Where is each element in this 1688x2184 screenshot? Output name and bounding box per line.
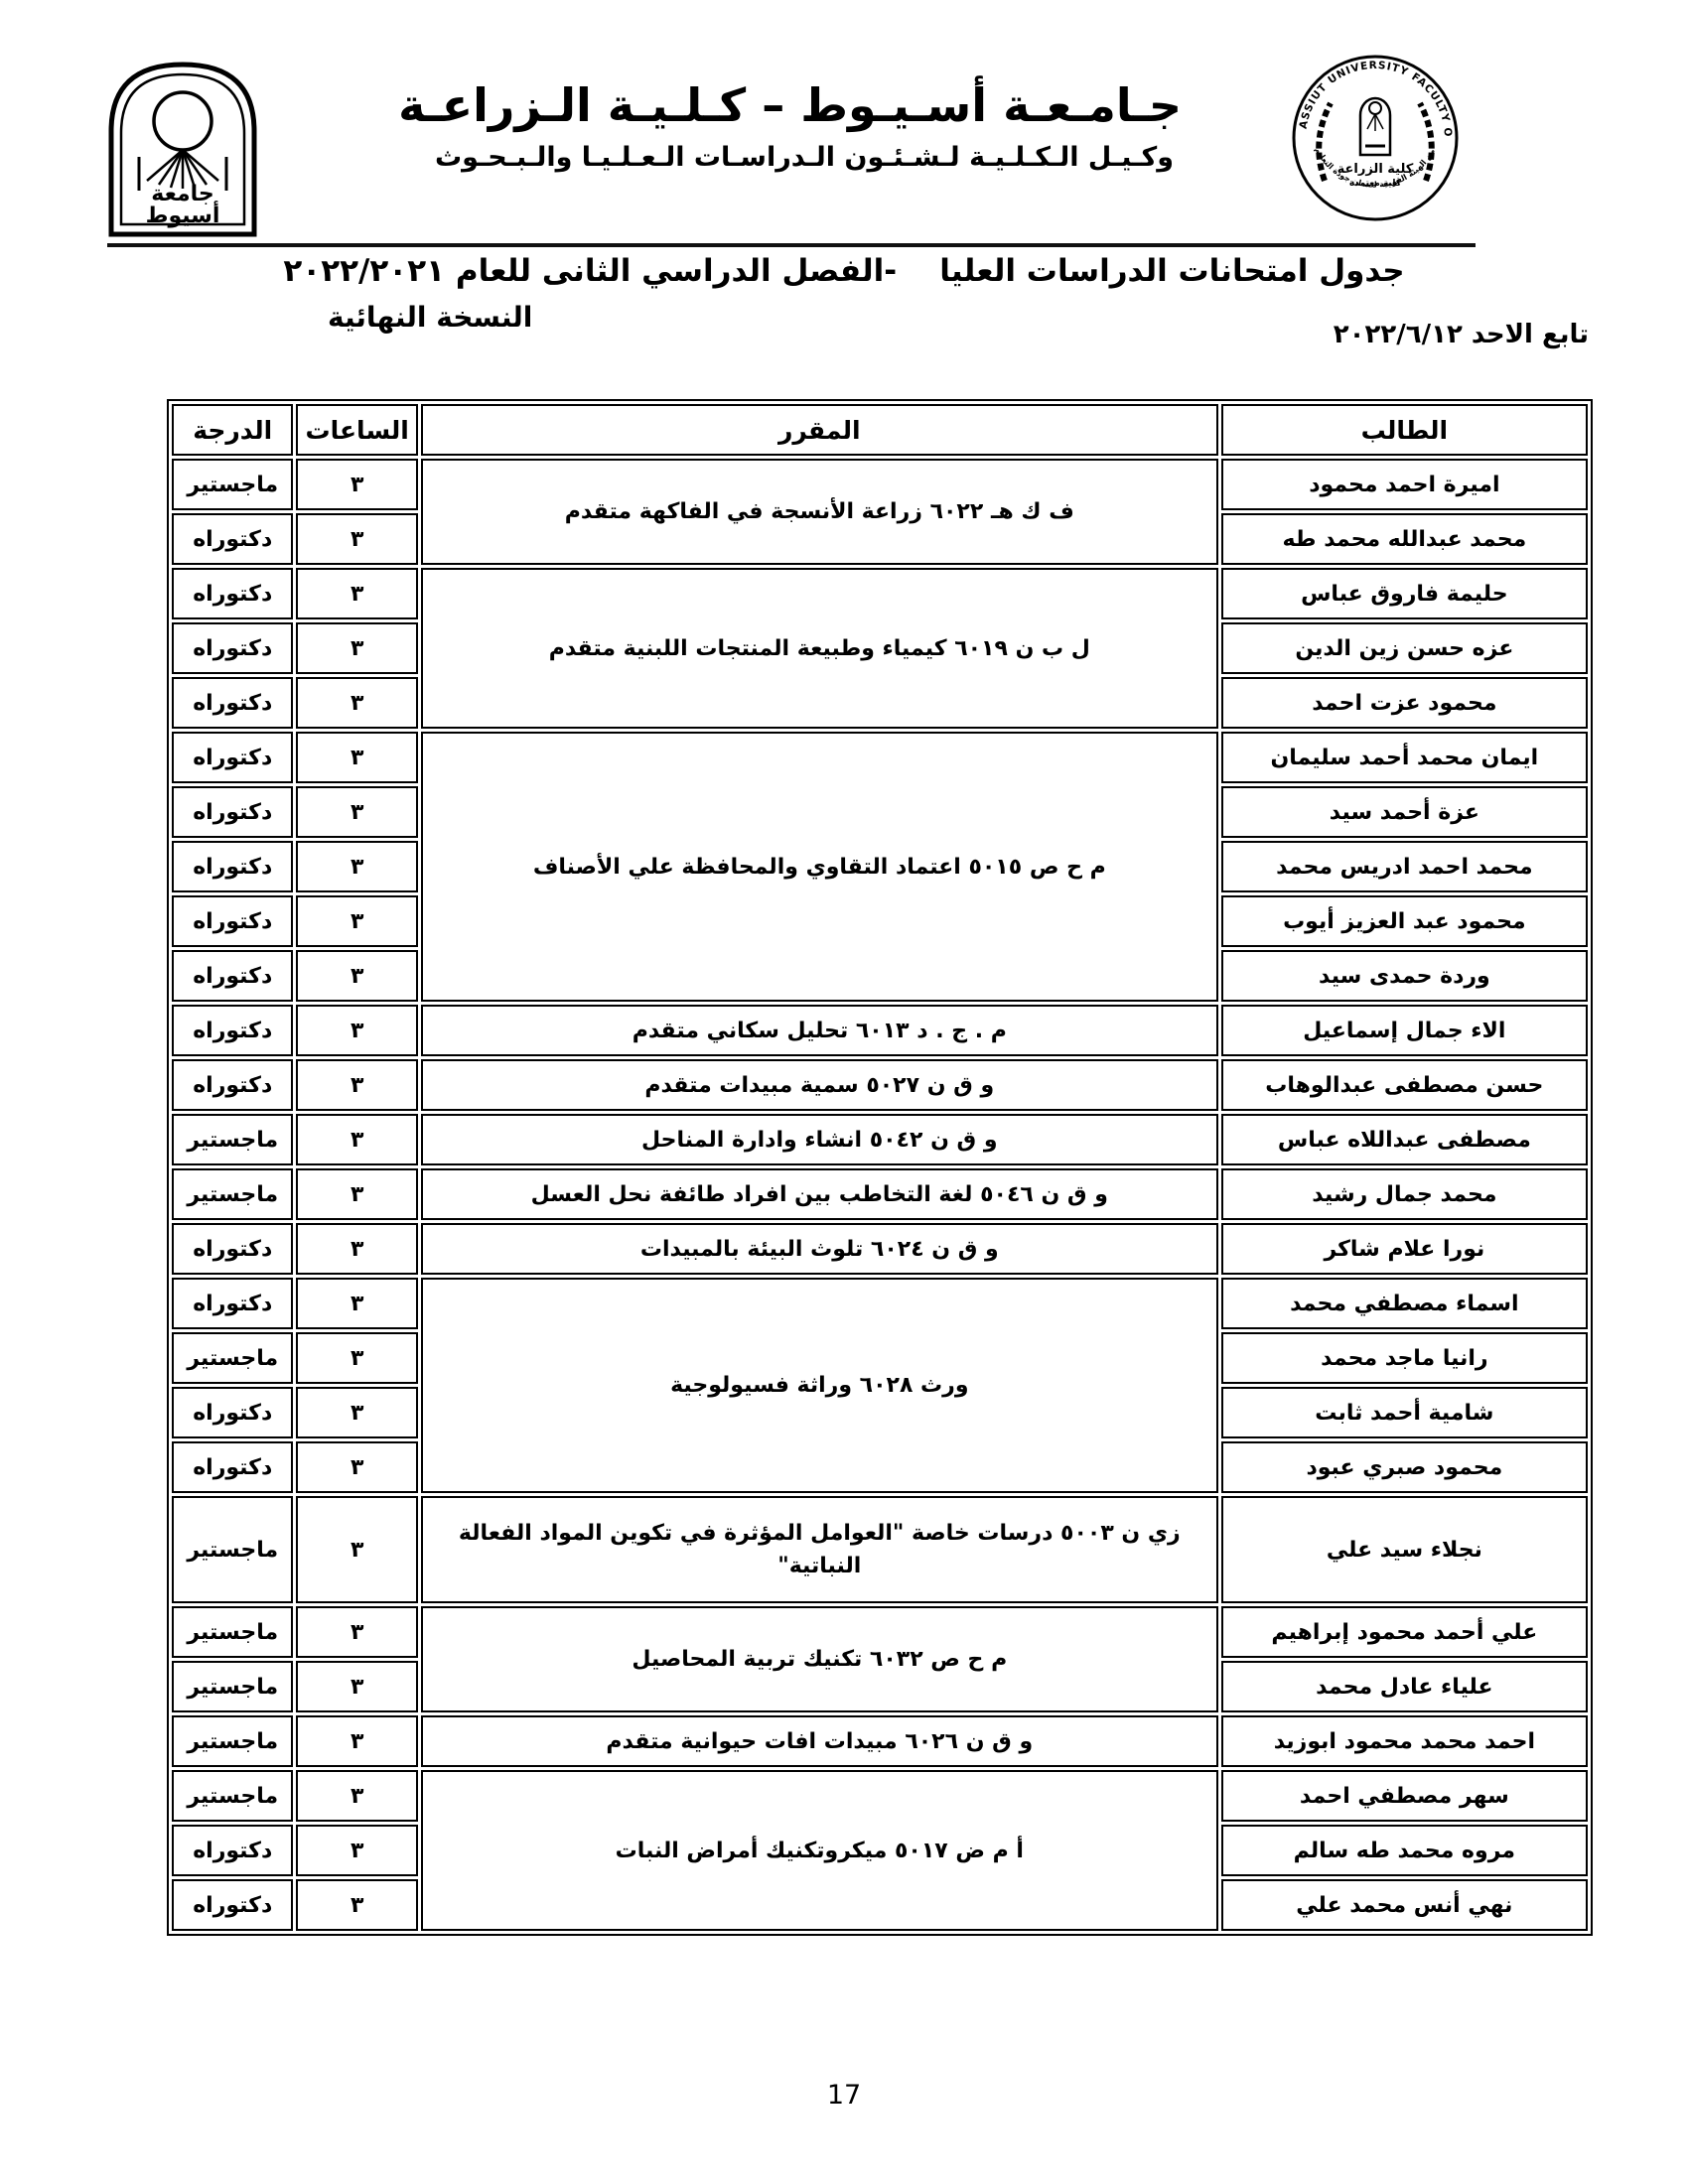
course-cell: و ق ن ٥٠٢٧ سمية مبيدات متقدم <box>421 1059 1218 1111</box>
hours-cell: ٣ <box>296 1114 417 1165</box>
degree-cell: ماجستير <box>172 1770 293 1822</box>
student-cell: اسماء مصطفي محمد <box>1221 1278 1588 1329</box>
hours-cell: ٣ <box>296 1770 417 1822</box>
col-header-hours: الساعات <box>296 404 417 456</box>
degree-cell: دكتوراه <box>172 1223 293 1275</box>
hours-cell: ٣ <box>296 732 417 783</box>
hours-cell: ٣ <box>296 1005 417 1056</box>
table-row: حسن مصطفى عبدالوهابو ق ن ٥٠٢٧ سمية مبيدا… <box>172 1059 1588 1111</box>
student-cell: محمد عبدالله محمد طه <box>1221 513 1588 565</box>
hours-cell: ٣ <box>296 1278 417 1329</box>
assiut-university-emblem: جامعة أسيوط <box>99 52 266 246</box>
hours-cell: ٣ <box>296 677 417 729</box>
course-cell: ف ك هـ ٦٠٢٢ زراعة الأنسجة في الفاكهة متق… <box>421 459 1218 565</box>
student-cell: وردة حمدى سيد <box>1221 950 1588 1002</box>
table-row: الاء جمال إسماعيلم . ج . د ٦٠١٣ تحليل سك… <box>172 1005 1588 1056</box>
table-row: نجلاء سيد عليزي ن ٥٠٠٣ درسات خاصة "العوا… <box>172 1496 1588 1603</box>
page-number: 17 <box>0 2080 1688 2111</box>
hours-cell: ٣ <box>296 1059 417 1111</box>
student-cell: نهي أنس محمد علي <box>1221 1879 1588 1931</box>
student-cell: حليمة فاروق عباس <box>1221 568 1588 619</box>
degree-cell: دكتوراه <box>172 895 293 947</box>
student-cell: نجلاء سيد علي <box>1221 1496 1588 1603</box>
student-cell: ايمان محمد أحمد سليمان <box>1221 732 1588 783</box>
course-cell: م . ج . د ٦٠١٣ تحليل سكاني متقدم <box>421 1005 1218 1056</box>
table-row: مصطفى عبداللاه عباسو ق ن ٥٠٤٢ انشاء وادا… <box>172 1114 1588 1165</box>
course-cell: زي ن ٥٠٠٣ درسات خاصة "العوامل المؤثرة في… <box>421 1496 1218 1603</box>
header-divider <box>107 243 1476 247</box>
course-cell: و ق ن ٦٠٢٦ مبيدات افات حيوانية متقدم <box>421 1715 1218 1767</box>
degree-cell: ماجستير <box>172 1661 293 1712</box>
student-cell: مروه محمد طه سالم <box>1221 1825 1588 1876</box>
degree-cell: ماجستير <box>172 1332 293 1384</box>
student-cell: محمد احمد ادريس محمد <box>1221 841 1588 892</box>
student-cell: علي أحمد محمود إبراهيم <box>1221 1606 1588 1658</box>
faculty-seal-icon: ASSIUT UNIVERSITY FACULTY OF AGRICULTURE… <box>1291 52 1460 222</box>
hours-cell: ٣ <box>296 1387 417 1438</box>
degree-cell: دكتوراه <box>172 1879 293 1931</box>
degree-cell: دكتوراه <box>172 732 293 783</box>
table-row: علي أحمد محمود إبراهيمم ح ص ٦٠٣٢ تكنيك ت… <box>172 1606 1588 1658</box>
degree-cell: دكتوراه <box>172 1059 293 1111</box>
document-page: جامعة أسيوط جـامـعـة أسـيـوط – كـلـيـة ا… <box>0 0 1688 2184</box>
table-row: حليمة فاروق عباسل ب ن ٦٠١٩ كيمياء وطبيعة… <box>172 568 1588 619</box>
student-cell: اميرة احمد محمود <box>1221 459 1588 510</box>
degree-cell: ماجستير <box>172 1114 293 1165</box>
degree-cell: دكتوراه <box>172 513 293 565</box>
course-cell: ل ب ن ٦٠١٩ كيمياء وطبيعة المنتجات اللبني… <box>421 568 1218 729</box>
hours-cell: ٣ <box>296 568 417 619</box>
student-cell: محمود عزت احمد <box>1221 677 1588 729</box>
hours-cell: ٣ <box>296 1223 417 1275</box>
degree-cell: دكتوراه <box>172 950 293 1002</box>
hours-cell: ٣ <box>296 950 417 1002</box>
hours-cell: ٣ <box>296 622 417 674</box>
course-cell: ورث ٦٠٢٨ وراثة فسيولوجية <box>421 1278 1218 1493</box>
student-cell: رانيا ماجد محمد <box>1221 1332 1588 1384</box>
hours-cell: ٣ <box>296 1715 417 1767</box>
deanery-subtitle: وكـيـل الـكـلـيـة لـشـئـون الـدراسـات ال… <box>427 142 1182 173</box>
hours-cell: ٣ <box>296 1879 417 1931</box>
hours-cell: ٣ <box>296 1441 417 1493</box>
student-cell: علياء عادل محمد <box>1221 1661 1588 1712</box>
hours-cell: ٣ <box>296 1606 417 1658</box>
hours-cell: ٣ <box>296 513 417 565</box>
student-cell: سهر مصطفي احمد <box>1221 1770 1588 1822</box>
hours-cell: ٣ <box>296 459 417 510</box>
course-cell: و ق ن ٥٠٤٦ لغة التخاطب بين افراد طائفة ن… <box>421 1168 1218 1220</box>
student-cell: محمود عبد العزيز أيوب <box>1221 895 1588 947</box>
student-cell: مصطفى عبداللاه عباس <box>1221 1114 1588 1165</box>
degree-cell: ماجستير <box>172 1606 293 1658</box>
degree-cell: دكتوراه <box>172 1005 293 1056</box>
table-row: سهر مصطفي احمدأ م ض ٥٠١٧ ميكروتكنيك أمرا… <box>172 1770 1588 1822</box>
table-row: ايمان محمد أحمد سليمانم ح ص ٥٠١٥ اعتماد … <box>172 732 1588 783</box>
letterhead: جـامـعـة أسـيـوط – كـلـيـة الـزراعـة وكـ… <box>427 79 1182 173</box>
arch-emblem-icon: جامعة أسيوط <box>99 52 266 242</box>
student-cell: حسن مصطفى عبدالوهاب <box>1221 1059 1588 1111</box>
degree-cell: دكتوراه <box>172 1278 293 1329</box>
schedule-title: جدول امتحانات الدراسات العليا -الفصل الد… <box>149 253 1539 289</box>
hours-cell: ٣ <box>296 841 417 892</box>
degree-cell: دكتوراه <box>172 677 293 729</box>
degree-cell: دكتوراه <box>172 1441 293 1493</box>
date-note: تابع الاحد ٢٠٢٢/٦/١٢ <box>1334 320 1589 349</box>
table-row: اسماء مصطفي محمدورث ٦٠٢٨ وراثة فسيولوجية… <box>172 1278 1588 1329</box>
course-cell: و ق ن ٦٠٢٤ تلوث البيئة بالمبيدات <box>421 1223 1218 1275</box>
course-cell: م ح ص ٥٠١٥ اعتماد التقاوي والمحافظة علي … <box>421 732 1218 1002</box>
course-cell: و ق ن ٥٠٤٢ انشاء وادارة المناحل <box>421 1114 1218 1165</box>
degree-cell: دكتوراه <box>172 1825 293 1876</box>
hours-cell: ٣ <box>296 1496 417 1603</box>
hours-cell: ٣ <box>296 786 417 838</box>
hours-cell: ٣ <box>296 895 417 947</box>
exam-table-container: الطالب المقرر الساعات الدرجة اميرة احمد … <box>167 399 1593 1936</box>
hours-cell: ٣ <box>296 1661 417 1712</box>
student-cell: الاء جمال إسماعيل <box>1221 1005 1588 1056</box>
hours-cell: ٣ <box>296 1168 417 1220</box>
hours-cell: ٣ <box>296 1332 417 1384</box>
degree-cell: دكتوراه <box>172 786 293 838</box>
emblem-text-line2: أسيوط <box>146 200 220 228</box>
degree-cell: ماجستير <box>172 1496 293 1603</box>
faculty-seal: ASSIUT UNIVERSITY FACULTY OF AGRICULTURE… <box>1291 52 1460 226</box>
table-row: نورا علام شاكرو ق ن ٦٠٢٤ تلوث البيئة بال… <box>172 1223 1588 1275</box>
col-header-degree: الدرجة <box>172 404 293 456</box>
degree-cell: دكتوراه <box>172 622 293 674</box>
table-row: احمد محمد محمود ابوزيدو ق ن ٦٠٢٦ مبيدات … <box>172 1715 1588 1767</box>
degree-cell: دكتوراه <box>172 568 293 619</box>
table-row: محمد جمال رشيدو ق ن ٥٠٤٦ لغة التخاطب بين… <box>172 1168 1588 1220</box>
student-cell: شامية أحمد ثابت <box>1221 1387 1588 1438</box>
table-row: اميرة احمد محمودف ك هـ ٦٠٢٢ زراعة الأنسج… <box>172 459 1588 510</box>
student-cell: محمد جمال رشيد <box>1221 1168 1588 1220</box>
student-cell: عزة أحمد سيد <box>1221 786 1588 838</box>
course-cell: م ح ص ٦٠٣٢ تكنيك تربية المحاصيل <box>421 1606 1218 1712</box>
university-title: جـامـعـة أسـيـوط – كـلـيـة الـزراعـة <box>427 79 1182 132</box>
hours-cell: ٣ <box>296 1825 417 1876</box>
col-header-student: الطالب <box>1221 404 1588 456</box>
degree-cell: دكتوراه <box>172 1387 293 1438</box>
version-note: النسخة النهائية <box>328 301 532 334</box>
course-cell: أ م ض ٥٠١٧ ميكروتكنيك أمراض النبات <box>421 1770 1218 1931</box>
student-cell: محمود صبري عبود <box>1221 1441 1588 1493</box>
exam-schedule-table: الطالب المقرر الساعات الدرجة اميرة احمد … <box>167 399 1593 1936</box>
student-cell: احمد محمد محمود ابوزيد <box>1221 1715 1588 1767</box>
degree-cell: دكتوراه <box>172 841 293 892</box>
table-header-row: الطالب المقرر الساعات الدرجة <box>172 404 1588 456</box>
student-cell: نورا علام شاكر <box>1221 1223 1588 1275</box>
col-header-course: المقرر <box>421 404 1218 456</box>
student-cell: عزه حسن زين الدين <box>1221 622 1588 674</box>
degree-cell: ماجستير <box>172 1168 293 1220</box>
degree-cell: ماجستير <box>172 459 293 510</box>
degree-cell: ماجستير <box>172 1715 293 1767</box>
